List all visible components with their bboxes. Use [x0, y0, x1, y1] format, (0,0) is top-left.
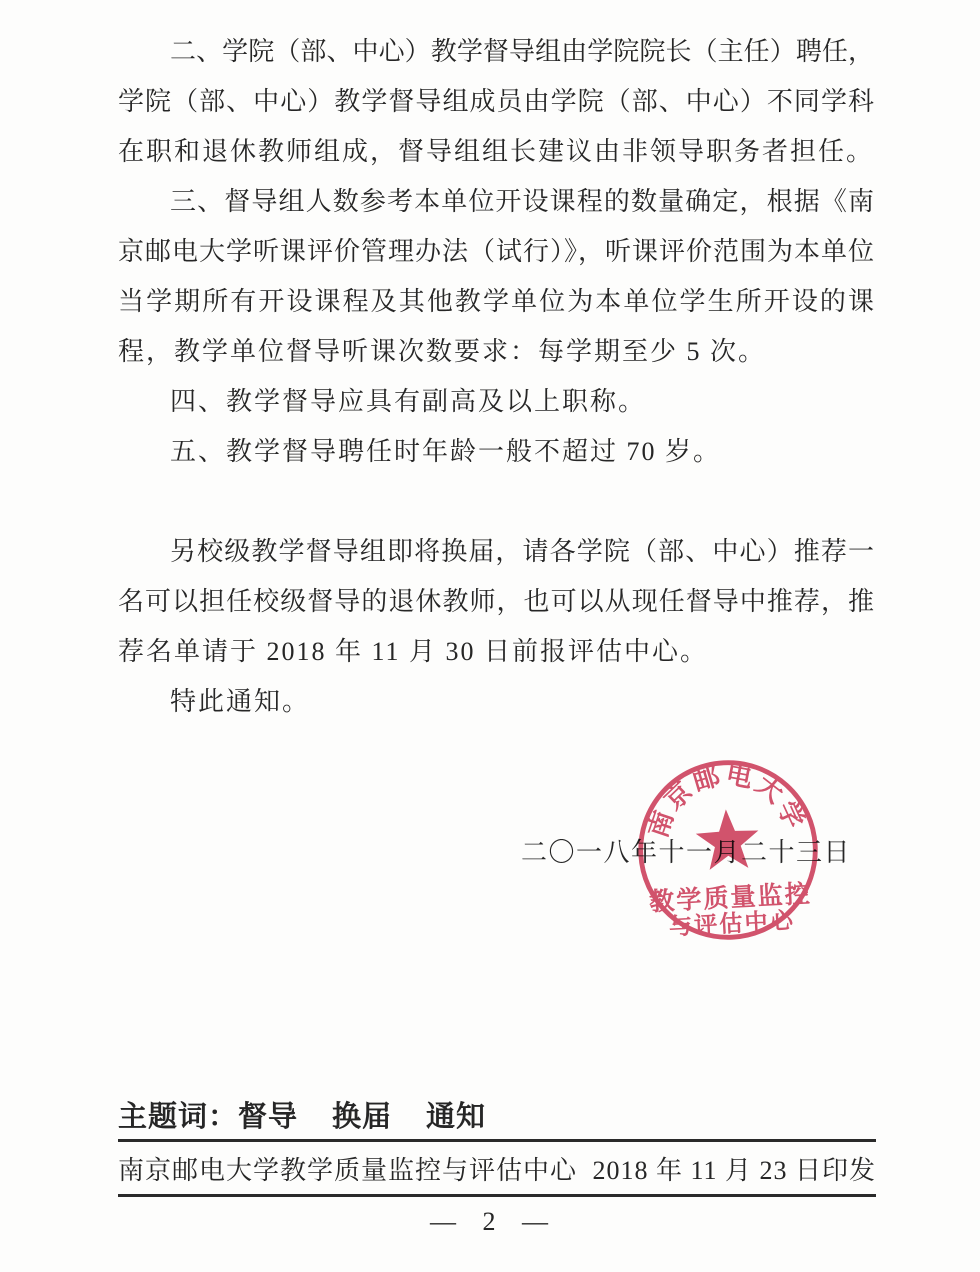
seal-star-icon	[695, 808, 761, 871]
publisher-name: 南京邮电大学教学质量监控与评估中心	[118, 1150, 577, 1187]
official-seal: 南京邮电大学 教学质量监控 与评估中心	[626, 748, 830, 952]
print-date: 2018 年 11 月 23 日印发	[592, 1150, 876, 1187]
divider-bottom	[118, 1194, 876, 1197]
text-line: 四、教学督导应具有副高及以上职称。	[118, 377, 874, 427]
text-line: 在职和退休教师组成，督导组组长建议由非领导职务者担任。	[118, 127, 874, 177]
document-page: 二、学院（部、中心）教学督导组由学院院长（主任）聘任，学院（部、中心）教学督导组…	[0, 0, 980, 1272]
document-body: 二、学院（部、中心）教学督导组由学院院长（主任）聘任，学院（部、中心）教学督导组…	[118, 27, 874, 727]
text-line: 程，教学单位督导听课次数要求：每学期至少 5 次。	[118, 327, 874, 377]
text-line: 另校级教学督导组即将换届，请各学院（部、中心）推荐一	[118, 527, 874, 577]
keywords-line: 主题词：督导换届通知	[118, 1095, 876, 1139]
keyword: 督导	[238, 1101, 298, 1133]
text-line: 荐名单请于 2018 年 11 月 30 日前报评估中心。	[118, 627, 874, 677]
keyword: 换届	[332, 1101, 392, 1133]
text-line: 特此通知。	[118, 677, 874, 727]
text-line: 当学期所有开设课程及其他教学单位为本单位学生所开设的课	[118, 277, 874, 327]
text-line: 京邮电大学听课评价管理办法（试行）》，听课评价范围为本单位	[118, 227, 874, 277]
page-number: — 2 —	[0, 1198, 980, 1246]
footer: 主题词：督导换届通知 南京邮电大学教学质量监控与评估中心 2018 年 11 月…	[118, 1095, 876, 1197]
text-line	[118, 477, 874, 527]
keywords-list: 督导换届通知	[238, 1101, 486, 1133]
text-line: 二、学院（部、中心）教学督导组由学院院长（主任）聘任，	[118, 27, 874, 77]
seal-graphic: 南京邮电大学 教学质量监控 与评估中心	[626, 748, 830, 952]
text-line: 名可以担任校级督导的退休教师，也可以从现任督导中推荐，推	[118, 577, 874, 627]
keyword: 通知	[426, 1101, 486, 1133]
text-line: 五、教学督导聘任时年龄一般不超过 70 岁。	[118, 427, 874, 477]
keywords-label: 主题词：	[118, 1101, 238, 1133]
text-line: 三、督导组人数参考本单位开设课程的数量确定，根据《南	[118, 177, 874, 227]
text-line: 学院（部、中心）教学督导组成员由学院（部、中心）不同学科	[118, 77, 874, 127]
publisher-line: 南京邮电大学教学质量监控与评估中心 2018 年 11 月 23 日印发	[118, 1142, 876, 1194]
